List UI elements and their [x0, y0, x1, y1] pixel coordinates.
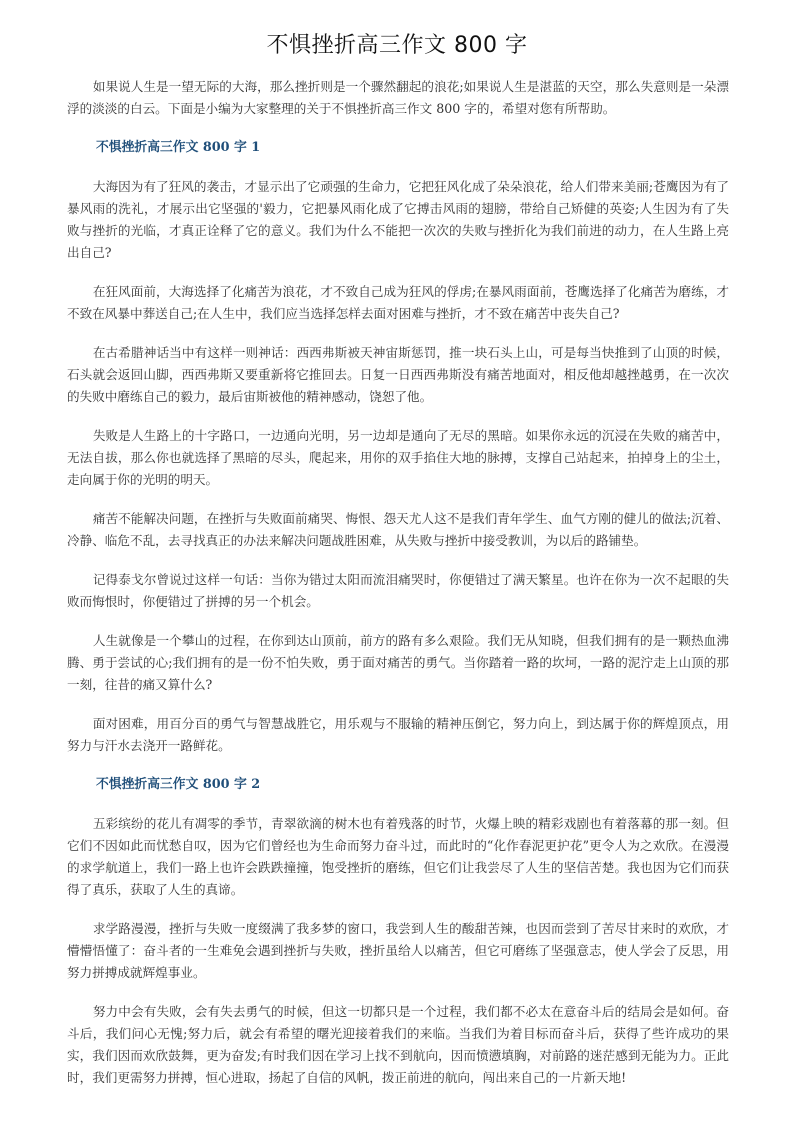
paragraph: 记得泰戈尔曾说过这样一句话：当你为错过太阳而流泪痛哭时，你便错过了满天繁星。也许… — [67, 569, 729, 613]
paragraph: 求学路漫漫，挫折与失败一度缀满了我多梦的窗口，我尝到人生的酸甜苦辣，也因而尝到了… — [67, 918, 729, 984]
paragraph: 失败是人生路上的十字路口，一边通向光明，另一边却是通向了无尽的黑暗。如果你永远的… — [67, 425, 729, 491]
paragraph: 努力中会有失败，会有失去勇气的时候，但这一切都只是一个过程，我们都不必太在意奋斗… — [67, 1001, 729, 1089]
spacer — [67, 325, 729, 342]
spacer — [67, 796, 729, 813]
spacer — [67, 552, 729, 569]
paragraph: 痛苦不能解决问题，在挫折与失败面前痛哭、悔恨、怨天尤人这不是我们青年学生、血气方… — [67, 508, 729, 552]
document-page: 不惧挫折高三作文 800 字 如果说人生是一望无际的大海，那么挫折则是一个骤然翻… — [0, 0, 794, 1123]
paragraph: 在狂风面前，大海选择了化痛苦为浪花，才不致自己成为狂风的俘虏;在暴风雨面前，苍鹰… — [67, 281, 729, 325]
paragraph: 在古希腊神话当中有这样一则神话：西西弗斯被天神宙斯惩罚，推一块石头上山，可是每当… — [67, 342, 729, 408]
spacer — [67, 408, 729, 425]
spacer — [67, 264, 729, 281]
spacer — [67, 159, 729, 176]
paragraph: 大海因为有了狂风的袭击，才显示出了它顽强的生命力，它把狂风化成了朵朵浪花，给人们… — [67, 176, 729, 264]
paragraph: 面对困难，用百分百的勇气与智慧战胜它，用乐观与不服输的精神压倒它，努力向上，到达… — [67, 713, 729, 757]
spacer — [67, 757, 729, 774]
spacer — [67, 984, 729, 1001]
spacer — [67, 901, 729, 918]
spacer — [67, 120, 729, 137]
section-heading-2: 不惧挫折高三作文 800 字 2 — [67, 774, 729, 796]
spacer — [67, 491, 729, 508]
paragraph: 人生就像是一个攀山的过程，在你到达山顶前，前方的路有多么艰险。我们无从知晓，但我… — [67, 630, 729, 696]
spacer — [67, 696, 729, 713]
section-heading-1: 不惧挫折高三作文 800 字 1 — [67, 137, 729, 159]
document-body: 如果说人生是一望无际的大海，那么挫折则是一个骤然翻起的浪花;如果说人生是湛蓝的天… — [67, 76, 729, 1089]
spacer — [67, 613, 729, 630]
page-title: 不惧挫折高三作文 800 字 — [0, 30, 794, 62]
paragraph: 五彩缤纷的花儿有凋零的季节，青翠欲滴的树木也有着残落的时节，火爆上映的精彩戏剧也… — [67, 813, 729, 901]
intro-paragraph: 如果说人生是一望无际的大海，那么挫折则是一个骤然翻起的浪花;如果说人生是湛蓝的天… — [67, 76, 729, 120]
